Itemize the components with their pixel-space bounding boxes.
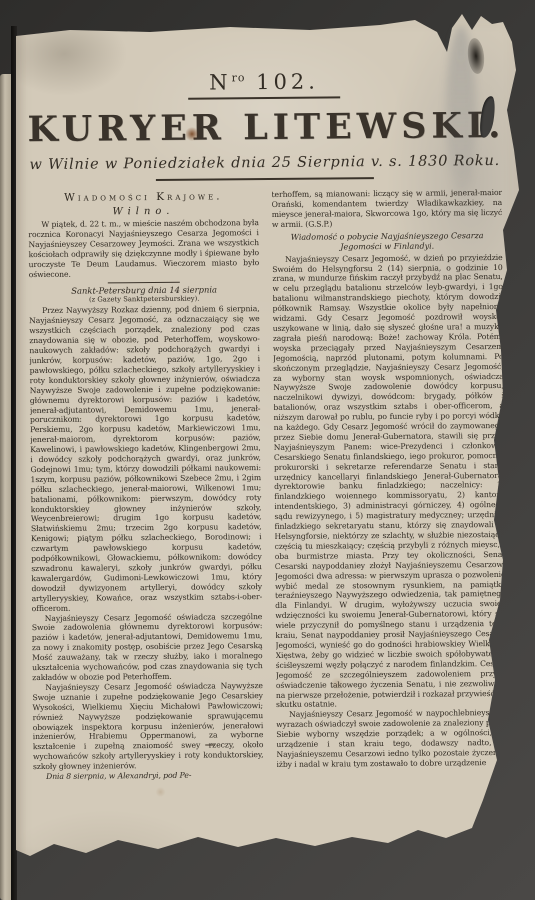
paragraph: Przez Naywyższy Rozkaz dzienny, pod dnie…	[29, 305, 262, 614]
scan-background: Nro 102. KURYER LITEWSKI. w Wilnie w Pon…	[0, 0, 535, 900]
paragraph: Nayjaśnieyszy Cesarz Jegomość, w dzień p…	[272, 253, 506, 711]
issue-superscript: ro	[231, 71, 245, 84]
article-columns: Wiadomości Krajowe. Wilno. W piątek, d. …	[28, 188, 507, 816]
paragraph: Nayjaśnieyszy Cesarz Jegomość oświadcza …	[32, 681, 263, 772]
newspaper-title: KURYER LITEWSKI.	[27, 105, 501, 150]
closing-line: Dnia 8 sierpnia, w Alexandryi, pod Pe-	[33, 770, 264, 782]
ink-stain	[186, 126, 198, 142]
wilno-paragraph: W piątek, d. 22 t. m., w mieście naszém …	[28, 218, 259, 279]
page-content: Nro 102. KURYER LITEWSKI. w Wilnie w Pon…	[27, 68, 507, 816]
issue-prefix: N	[209, 70, 232, 94]
finland-heading-line1: Wiadomość o pobycie Nayjaśnieyszego Cesa…	[272, 231, 503, 243]
paragraph: Nayjaśnieyszy Cesarz Jegomość oświadcza …	[32, 612, 263, 683]
adjacent-page-edge	[0, 74, 11, 900]
paper-fleck	[205, 744, 215, 746]
finland-heading: Wiadomość o pobycie Nayjaśnieyszego Cesa…	[272, 231, 503, 253]
dateline: w Wilnie w Poniedziałek dnia 25 Sierpnia…	[28, 153, 502, 173]
section-heading: Wiadomości Krajowe.	[28, 190, 259, 204]
masthead-rule-top	[188, 96, 340, 99]
right-column: terhoffem, są mianowani: liczący się w a…	[271, 188, 507, 814]
issue-number: Nro 102.	[27, 68, 501, 96]
petersburg-source: (z Gazety Sanktpetersburskiey).	[29, 295, 260, 305]
paragraph: Nayjaśnieyszy Cesarz Jegomość w naypochl…	[276, 708, 507, 769]
masthead-rule-bottom	[156, 177, 374, 181]
wilno-heading: Wilno.	[28, 205, 259, 218]
finland-heading-line2: Jegomości w Finlandyi.	[272, 241, 503, 253]
issue-value: 102.	[256, 70, 319, 95]
section-rule	[108, 282, 180, 284]
continuation-paragraph: terhoffem, są mianowani: liczący się w a…	[271, 188, 502, 230]
masthead: Nro 102. KURYER LITEWSKI. w Wilnie w Pon…	[27, 68, 502, 182]
left-column: Wiadomości Krajowe. Wilno. W piątek, d. …	[28, 190, 264, 810]
